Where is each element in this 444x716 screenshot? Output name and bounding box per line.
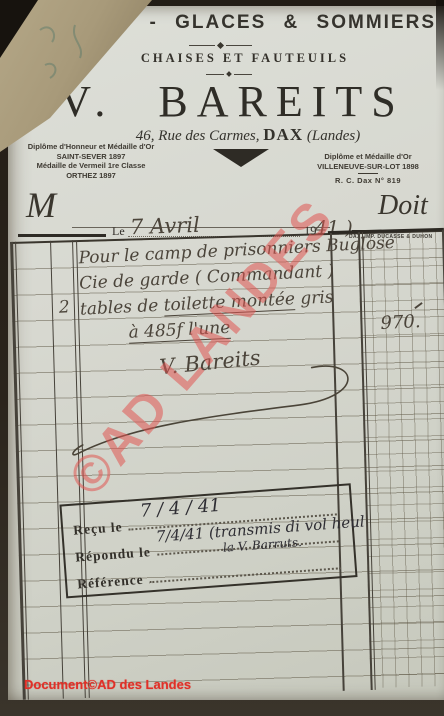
scanned-invoice-photo: - GLACES & SOMMIERS CHAISES ET FAUTEUILS… <box>0 0 444 716</box>
archive-credit-label: Document©AD des Landes <box>24 677 191 692</box>
company-name: V. BAREITS <box>22 76 442 127</box>
registry-number: R. C. Dax N° 819 <box>295 176 441 186</box>
ornament-divider <box>189 43 252 48</box>
date-rule-left <box>18 234 106 237</box>
awards-left-block: Diplôme d'Honneur et Médaille d'Or SAINT… <box>15 142 167 180</box>
triangle-ornament-icon <box>213 149 269 167</box>
entry-amount: 970. <box>380 311 421 334</box>
entry-quantity: 2 <box>58 297 70 318</box>
amount-grid <box>358 232 444 688</box>
doit-label: Doit <box>378 190 428 222</box>
awards-right-block: Diplôme et Médaille d'Or VILLENEUVE-SUR-… <box>295 152 441 186</box>
stamp-reference-label: Référence <box>77 572 144 593</box>
small-rule <box>358 173 378 174</box>
customer-m-label: M <box>26 184 56 226</box>
product-line-subtitle: CHAISES ET FAUTEUILS <box>118 51 372 66</box>
photo-edge-shadow <box>436 0 444 90</box>
city-name: DAX <box>263 125 303 144</box>
product-line-title: - GLACES & SOMMIERS <box>149 12 436 34</box>
